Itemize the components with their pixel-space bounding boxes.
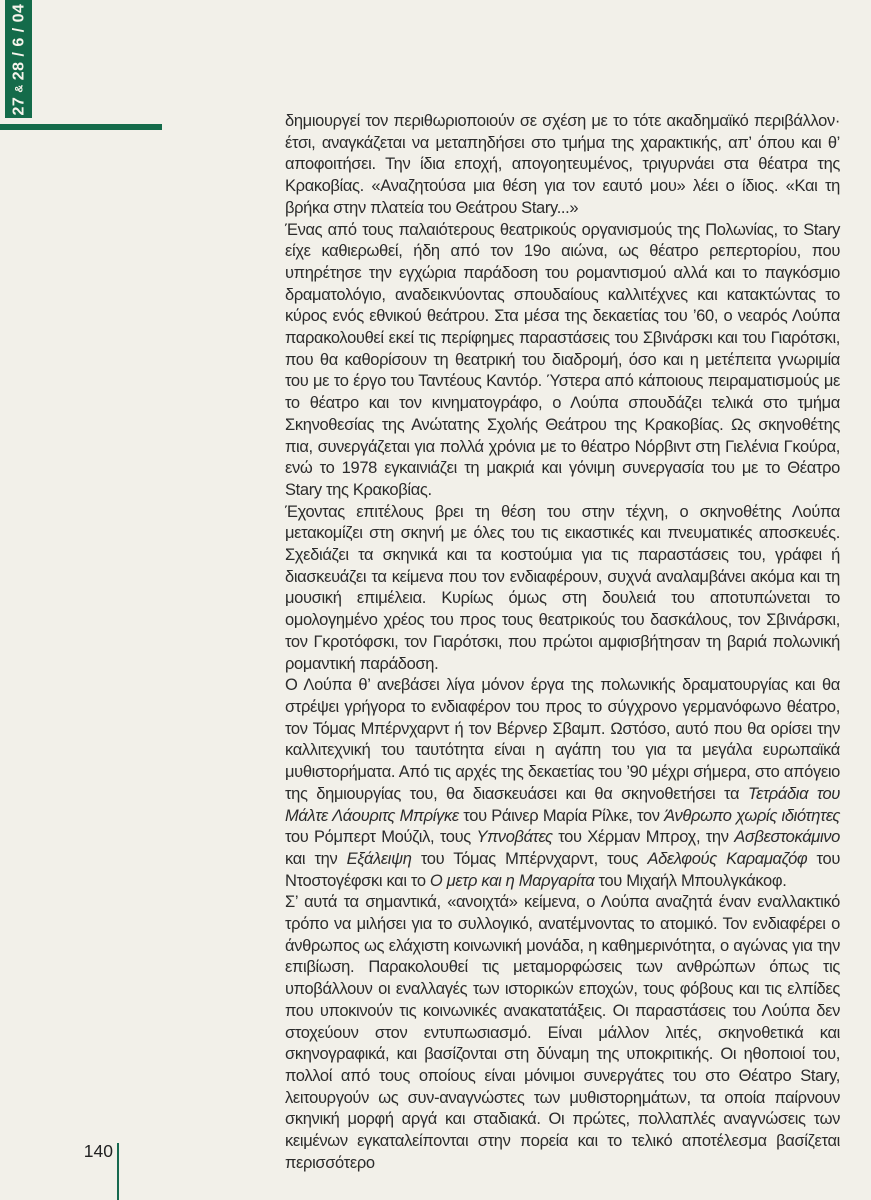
body-text-segment: του Μιχαήλ Μπουλγκάκοφ. (594, 872, 786, 890)
paragraph: Ένας από τους παλαιότερους θεατρικούς ορ… (285, 220, 840, 502)
date-part-rest: 28 / 6 / 04 (10, 3, 27, 80)
book-title-italic: Εξάλειψη (347, 850, 412, 868)
date-part-days: 27 (10, 96, 27, 115)
paragraph: δημιουργεί τον περιθωριοποιούν σε σχέση … (285, 111, 840, 220)
ampersand-glyph: & (13, 84, 25, 92)
body-text-segment: Σ’ αυτά τα σημαντικά, «ανοιχτά» κείμενα,… (285, 893, 840, 1171)
body-text-segment: και την (285, 850, 347, 868)
paragraph: Σ’ αυτά τα σημαντικά, «ανοιχτά» κείμενα,… (285, 892, 840, 1174)
body-text-segment: του Χέρμαν Μπροχ, την (553, 828, 735, 846)
body-text-segment: του Ρόμπερτ Μούζιλ, τους (285, 828, 476, 846)
paragraph: Έχοντας επιτέλους βρει τη θέση του στην … (285, 502, 840, 676)
scanned-book-page: 27&28 / 6 / 04 δημιουργεί τον περιθωριοπ… (0, 0, 871, 1200)
body-text-segment: δημιουργεί τον περιθωριοποιούν σε σχέση … (285, 112, 840, 217)
performance-date-label: 27&28 / 6 / 04 (5, 0, 32, 118)
book-title-italic: Υπνοβάτες (476, 828, 552, 846)
body-text-segment: του Ράινερ Μαρία Ρίλκε, τον (459, 807, 664, 825)
footer-vertical-rule (117, 1143, 119, 1200)
paragraph: Ο Λούπα θ’ ανεβάσει λίγα μόνον έργα της … (285, 675, 840, 892)
green-horizontal-rule (0, 124, 162, 130)
body-text-segment: Ένας από τους παλαιότερους θεατρικούς ορ… (285, 221, 840, 499)
article-text: δημιουργεί τον περιθωριοποιούν σε σχέση … (285, 111, 840, 1174)
body-text-segment: Έχοντας επιτέλους βρει τη θέση του στην … (285, 503, 840, 673)
book-title-italic: Ο μετρ και η Μαργαρίτα (430, 872, 594, 890)
date-sidebar-band: 27&28 / 6 / 04 (5, 0, 32, 118)
book-title-italic: Ασβεστοκάμινο (734, 828, 840, 846)
book-title-italic: Αδελφούς Καραμαζόφ (647, 850, 807, 868)
book-title-italic: Άνθρωπο χωρίς ιδιότητες (664, 807, 840, 825)
page-number: 140 (58, 1141, 113, 1162)
body-text-segment: του Τόμας Μπέρνχαρντ, τους (412, 850, 648, 868)
